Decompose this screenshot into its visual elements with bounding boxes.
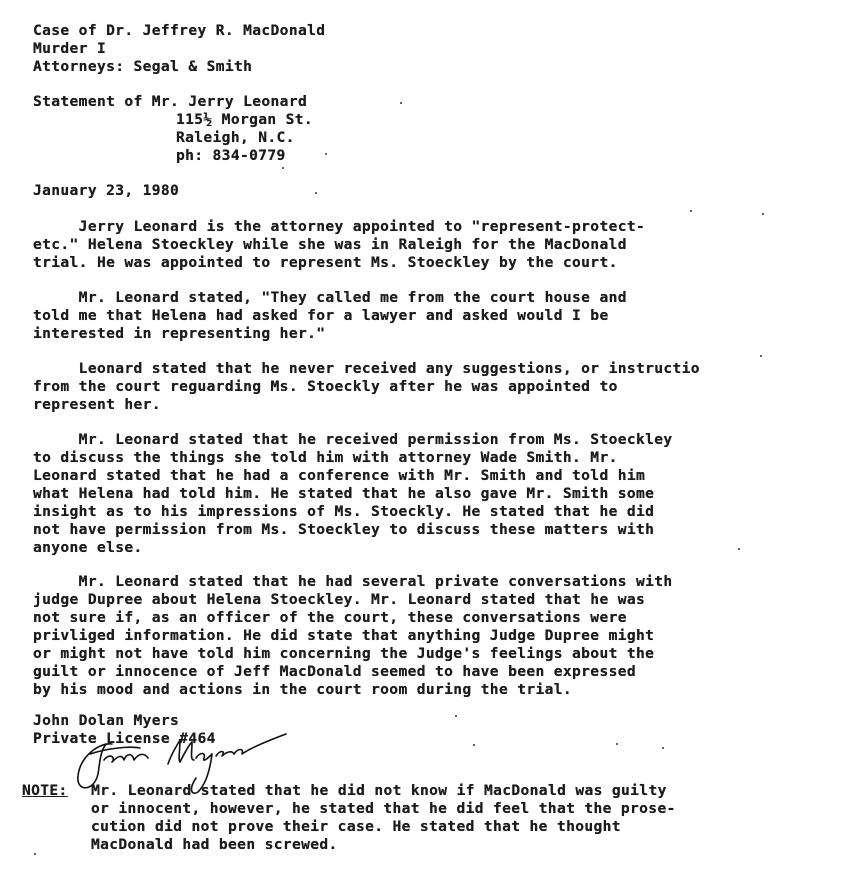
paragraph-line: from the court reguarding Ms. Stoeckly a…	[33, 378, 618, 396]
address-line-1: 115½ Morgan St.	[176, 111, 313, 129]
paragraph-line: judge Dupree about Helena Stoeckley. Mr.…	[33, 591, 645, 609]
paragraph-line: Jerry Leonard is the attorney appointed …	[33, 218, 645, 236]
case-title: Case of Dr. Jeffrey R. MacDonald	[33, 22, 325, 40]
paragraph-line: represent her.	[33, 396, 161, 414]
statement-label: Statement of Mr. Jerry Leonard	[33, 93, 307, 111]
paragraph-line: what Helena had told him. He stated that…	[33, 485, 654, 503]
paragraph-line: not sure if, as an officer of the court,…	[33, 609, 627, 627]
paragraph-line: Mr. Leonard stated that he had several p…	[33, 573, 673, 591]
note-line: cution did not prove their case. He stat…	[91, 818, 621, 836]
phone-line: ph: 834-0779	[176, 147, 286, 165]
scan-speck	[760, 355, 762, 357]
paragraph-line: guilt or innocence of Jeff MacDonald see…	[33, 663, 636, 681]
investigator-name: John Dolan Myers	[33, 712, 179, 730]
attorneys-line: Attorneys: Segal & Smith	[33, 58, 252, 76]
paragraph-line: trial. He was appointed to represent Ms.…	[33, 254, 618, 272]
scan-speck	[690, 210, 692, 212]
scan-speck	[616, 743, 618, 745]
document-page: Case of Dr. Jeffrey R. MacDonald Murder …	[0, 0, 860, 876]
scan-speck	[400, 102, 402, 104]
address-line-2: Raleigh, N.C.	[176, 129, 295, 147]
paragraph-line: etc." Helena Stoeckley while she was in …	[33, 236, 627, 254]
paragraph-line: or might not have told him concerning th…	[33, 645, 654, 663]
note-label-text: NOTE:	[22, 782, 68, 799]
note-line: or innocent, however, he stated that he …	[91, 800, 676, 818]
note-label: NOTE:	[22, 782, 68, 800]
paragraph-line: privliged information. He did state that…	[33, 627, 654, 645]
document-date: January 23, 1980	[33, 182, 179, 200]
scan-speck	[282, 167, 284, 169]
scan-speck	[34, 853, 36, 855]
note-line: MacDonald had been screwed.	[91, 836, 338, 854]
paragraph-line: not have permission from Ms. Stoeckley t…	[33, 521, 654, 539]
charge-line: Murder I	[33, 40, 106, 58]
paragraph-line: told me that Helena had asked for a lawy…	[33, 307, 609, 325]
scan-speck	[315, 192, 317, 194]
scan-speck	[762, 213, 764, 215]
scan-speck	[738, 548, 740, 550]
scan-speck	[473, 744, 475, 746]
scan-speck	[325, 153, 327, 155]
scan-speck	[662, 747, 664, 749]
paragraph-line: insight as to his impressions of Ms. Sto…	[33, 503, 654, 521]
paragraph-line: to discuss the things she told him with …	[33, 449, 618, 467]
note-line: Mr. Leonard stated that he did not know …	[82, 782, 667, 800]
paragraph-line: Mr. Leonard stated, "They called me from…	[33, 289, 627, 307]
paragraph-line: anyone else.	[33, 539, 143, 557]
paragraph-line: Leonard stated that he had a conference …	[33, 467, 645, 485]
paragraph-line: Mr. Leonard stated that he received perm…	[33, 431, 673, 449]
paragraph-line: by his mood and actions in the court roo…	[33, 681, 572, 699]
scan-speck	[455, 715, 457, 717]
paragraph-line: interested in representing her."	[33, 325, 325, 343]
paragraph-line: Leonard stated that he never received an…	[33, 360, 700, 378]
